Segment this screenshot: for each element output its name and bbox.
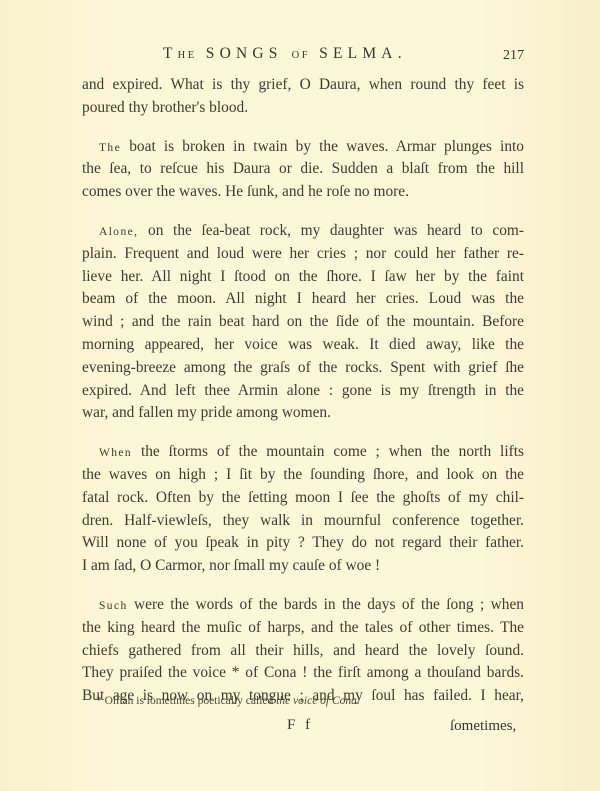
- paragraph: and expired. What is thy grief, O Daura,…: [82, 74, 524, 120]
- text-line: the king heard the muſic of harps, and t…: [82, 617, 524, 640]
- signature-mark: F f: [287, 717, 313, 734]
- text-line: chiefs gathered from all their hills, an…: [82, 640, 524, 663]
- paragraph: When the ſtorms of the mountain come ; w…: [82, 441, 524, 578]
- footnote-text: Oſſian is ſometimes poetically called: [102, 695, 276, 707]
- text-line: the waves on high ; I ſit by the ſoundin…: [82, 464, 524, 487]
- text-line: war, and fallen my pride among women.: [82, 402, 524, 425]
- text-line: fatal rock. Often by the ſetting moon I …: [82, 487, 524, 510]
- title-selma: SELMA.: [319, 45, 407, 62]
- body-text: and expired. What is thy grief, O Daura,…: [82, 74, 524, 708]
- text-line: Alone, on the ſea-beat rock, my daughter…: [82, 220, 524, 243]
- paragraph-lead-word: The: [99, 142, 121, 154]
- text-line: evening-breeze among the graſs of the ro…: [82, 357, 524, 380]
- text-line: morning appeared, her voice was weak. It…: [82, 334, 524, 357]
- text-line: Will none of you ſpeak in pity ? They do…: [82, 532, 524, 555]
- paragraph-lead-word: When: [99, 447, 132, 459]
- text-line: expired. And left thee Armin alone : gon…: [82, 380, 524, 403]
- text-line: beam of the moon. All night I heard her …: [82, 288, 524, 311]
- title-small-caps-the: HE: [178, 50, 197, 61]
- text-line: Such were the words of the bards in the …: [82, 594, 524, 617]
- title-songs: SONGS: [206, 45, 283, 62]
- paragraph-lead-word: Such: [99, 600, 128, 612]
- paragraph: The boat is broken in twain by the waves…: [82, 136, 524, 204]
- running-title: THE SONGS OF SELMA.: [163, 45, 407, 63]
- book-page: THE SONGS OF SELMA. 217 and expired. Wha…: [0, 0, 600, 791]
- paragraph-lead-word: Alone,: [99, 226, 138, 238]
- text-line: the ſea, to reſcue his Daura or die. Sud…: [82, 158, 524, 181]
- text-line: plain. Frequent and loud were her cries …: [82, 243, 524, 266]
- text-line: lieve her. All night I ſtood on the ſhor…: [82, 266, 524, 289]
- footnote-italic: the voice of Cona.: [276, 695, 360, 707]
- text-line: poured thy brother's blood.: [82, 97, 524, 120]
- text-line: wind ; and the rain beat hard on the ſid…: [82, 311, 524, 334]
- text-line: The boat is broken in twain by the waves…: [82, 136, 524, 159]
- text-line: When the ſtorms of the mountain come ; w…: [82, 441, 524, 464]
- text-line: dren. Half-viewleſs, they walk in mournf…: [82, 510, 524, 533]
- text-line: and expired. What is thy grief, O Daura,…: [82, 74, 524, 97]
- catchword: ſometimes,: [450, 718, 516, 735]
- text-line: comes over the waves. He ſunk, and he ro…: [82, 181, 524, 204]
- paragraph: Alone, on the ſea-beat rock, my daughter…: [82, 220, 524, 425]
- text-line: They praiſed the voice * of Cona ! the f…: [82, 662, 524, 685]
- running-head: THE SONGS OF SELMA. 217: [0, 42, 600, 66]
- page-number: 217: [503, 48, 524, 64]
- title-first-cap: T: [163, 45, 178, 62]
- footnote: * Oſſian is ſometimes poetically called …: [96, 695, 360, 707]
- text-line: I am ſad, O Carmor, nor ſmall my cauſe o…: [82, 555, 524, 578]
- title-small-caps-of: OF: [292, 50, 310, 61]
- paragraph: Such were the words of the bards in the …: [82, 594, 524, 708]
